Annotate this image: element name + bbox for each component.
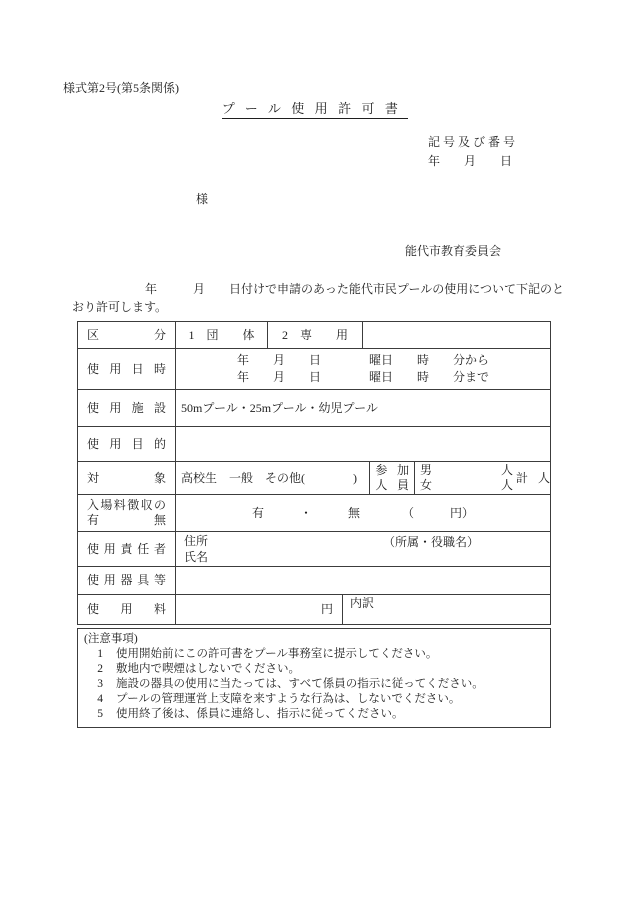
table-row-responsible-person: 使用責任者 住所 氏名 （所属・役職名）	[78, 531, 550, 566]
page-title-text: プール使用許可書	[222, 101, 409, 119]
note-number: 3	[96, 677, 103, 692]
datetime-to-line: 年 月 日 曜日 時 分まで	[176, 369, 550, 386]
table-row-purpose: 使用目的	[78, 426, 550, 461]
table-row-admission-fee: 入場料徴収の 有 無 有 ・ 無 （ 円）	[78, 494, 550, 531]
admission-fee-label-cell: 入場料徴収の 有 無	[78, 495, 176, 531]
addressee-suffix: 様	[196, 192, 208, 207]
table-row-target: 対象 高校生 一般 その他( ) 参加 人員 男 人 女 人 計	[78, 461, 550, 494]
male-count-line: 男 人	[420, 463, 513, 478]
table-row-category: 区分 1 団 体 2 専 用	[78, 322, 550, 348]
admission-fee-label-line2: 有 無	[87, 513, 166, 528]
body-paragraph: 年 月 日付けで申請のあった能代市民プールの使用について下記のと おり許可します…	[72, 280, 562, 316]
usage-fee-amount-cell: 円	[176, 595, 343, 624]
target-label: 対象	[87, 471, 166, 486]
usage-fee-label-cell: 使用料	[78, 595, 176, 624]
responsible-value-cell: 住所 氏名 （所属・役職名）	[176, 532, 550, 566]
total-label: 計	[516, 471, 528, 486]
equipment-label: 使用器具等	[87, 573, 166, 588]
table-row-facility: 使用施設 50mプール・25mプール・幼児プール	[78, 389, 550, 426]
note-number: 4	[96, 692, 103, 707]
female-label: 女	[420, 478, 432, 493]
note-text: 使用開始前にこの許可書をプール事務室に提示してください。	[116, 647, 437, 662]
total-unit: 人	[538, 471, 550, 486]
usage-fee-breakdown-cell: 内訳	[343, 595, 550, 624]
note-text: 敷地内で喫煙はしないでください。	[116, 662, 300, 677]
table-row-datetime: 使用日時 年 月 日 曜日 時 分から 年 月 日 曜日 時 分まで	[78, 348, 550, 389]
datetime-label: 使用日時	[87, 362, 166, 377]
datetime-label-cell: 使用日時	[78, 349, 176, 389]
female-unit: 人	[501, 478, 513, 493]
equipment-value	[176, 567, 550, 594]
purpose-label: 使用目的	[87, 437, 166, 452]
form-number: 様式第2号(第5条関係)	[63, 81, 179, 96]
responsible-affiliation-label: （所属・役職名）	[383, 534, 479, 550]
note-text: 使用終了後は、係員に連絡し、指示に従ってください。	[116, 707, 404, 722]
category-label: 区分	[87, 328, 166, 343]
issuer-name: 能代市教育委員会	[405, 244, 501, 259]
reference-number-label: 記号及び番号	[428, 135, 518, 150]
admission-fee-value: 有 ・ 無 （ 円）	[176, 495, 550, 531]
responsible-label: 使用責任者	[87, 542, 166, 557]
breakdown-label: 内訳	[350, 596, 374, 610]
note-item-4: 4 プールの管理運営上支障を来すような行為は、しないでください。	[84, 692, 544, 707]
category-option-group: 1 団 体	[176, 322, 268, 348]
body-line-2: おり許可します。	[72, 298, 562, 316]
participants-label-line2: 人員	[375, 478, 409, 493]
purpose-label-cell: 使用目的	[78, 427, 176, 461]
usage-fee-label: 使用料	[87, 602, 166, 617]
table-row-usage-fee: 使用料 円 内訳	[78, 594, 550, 624]
male-label: 男	[420, 463, 432, 478]
issue-date-line: 年 月 日	[428, 154, 518, 169]
reference-block: 記号及び番号 年 月 日	[428, 135, 518, 169]
usage-fee-unit: 円	[321, 602, 333, 617]
note-item-2: 2 敷地内で喫煙はしないでください。	[84, 662, 544, 677]
participants-label-line1: 参加	[375, 463, 409, 478]
target-label-cell: 対象	[78, 462, 176, 494]
male-unit: 人	[501, 463, 513, 478]
note-item-3: 3 施設の器具の使用に当たっては、すべて係員の指示に従ってください。	[84, 677, 544, 692]
note-number: 2	[96, 662, 103, 677]
permit-table: 区分 1 団 体 2 専 用 使用日時 年 月 日 曜日 時 分から 年 月 日…	[77, 321, 551, 625]
note-number: 1	[96, 647, 103, 662]
purpose-value	[176, 427, 550, 461]
category-option-exclusive: 2 専 用	[268, 322, 363, 348]
permit-document-page: 様式第2号(第5条関係) プール使用許可書 記号及び番号 年 月 日 様 能代市…	[0, 0, 630, 903]
note-item-5: 5 使用終了後は、係員に連絡し、指示に従ってください。	[84, 707, 544, 722]
datetime-from-line: 年 月 日 曜日 時 分から	[176, 352, 550, 369]
facility-label: 使用施設	[87, 401, 166, 416]
table-row-equipment: 使用器具等	[78, 566, 550, 594]
female-count-line: 女 人	[420, 478, 513, 493]
facility-label-cell: 使用施設	[78, 390, 176, 426]
participants-label-cell: 参加 人員	[370, 462, 415, 494]
datetime-value-cell: 年 月 日 曜日 時 分から 年 月 日 曜日 時 分まで	[176, 349, 550, 389]
note-text: プールの管理運営上支障を来すような行為は、しないでください。	[116, 692, 460, 707]
category-label-cell: 区分	[78, 322, 176, 348]
note-text: 施設の器具の使用に当たっては、すべて係員の指示に従ってください。	[116, 677, 484, 692]
facility-value: 50mプール・25mプール・幼児プール	[176, 390, 550, 426]
responsible-label-cell: 使用責任者	[78, 532, 176, 566]
participants-count-cell: 男 人 女 人 計 人	[415, 462, 550, 494]
admission-fee-label-line1: 入場料徴収の	[87, 498, 166, 513]
category-blank-cell	[363, 322, 550, 348]
notes-title: (注意事項)	[84, 632, 544, 647]
page-title: プール使用許可書	[0, 101, 630, 119]
equipment-label-cell: 使用器具等	[78, 567, 176, 594]
male-female-column: 男 人 女 人	[420, 463, 513, 493]
responsible-name-label: 氏名	[184, 549, 542, 565]
target-value: 高校生 一般 その他( )	[176, 462, 370, 494]
note-number: 5	[96, 707, 103, 722]
body-line-1: 年 月 日付けで申請のあった能代市民プールの使用について下記のと	[72, 280, 562, 298]
note-item-1: 1 使用開始前にこの許可書をプール事務室に提示してください。	[84, 647, 544, 662]
notes-box: (注意事項) 1 使用開始前にこの許可書をプール事務室に提示してください。 2 …	[77, 628, 551, 728]
responsible-address-label: 住所	[184, 533, 542, 549]
